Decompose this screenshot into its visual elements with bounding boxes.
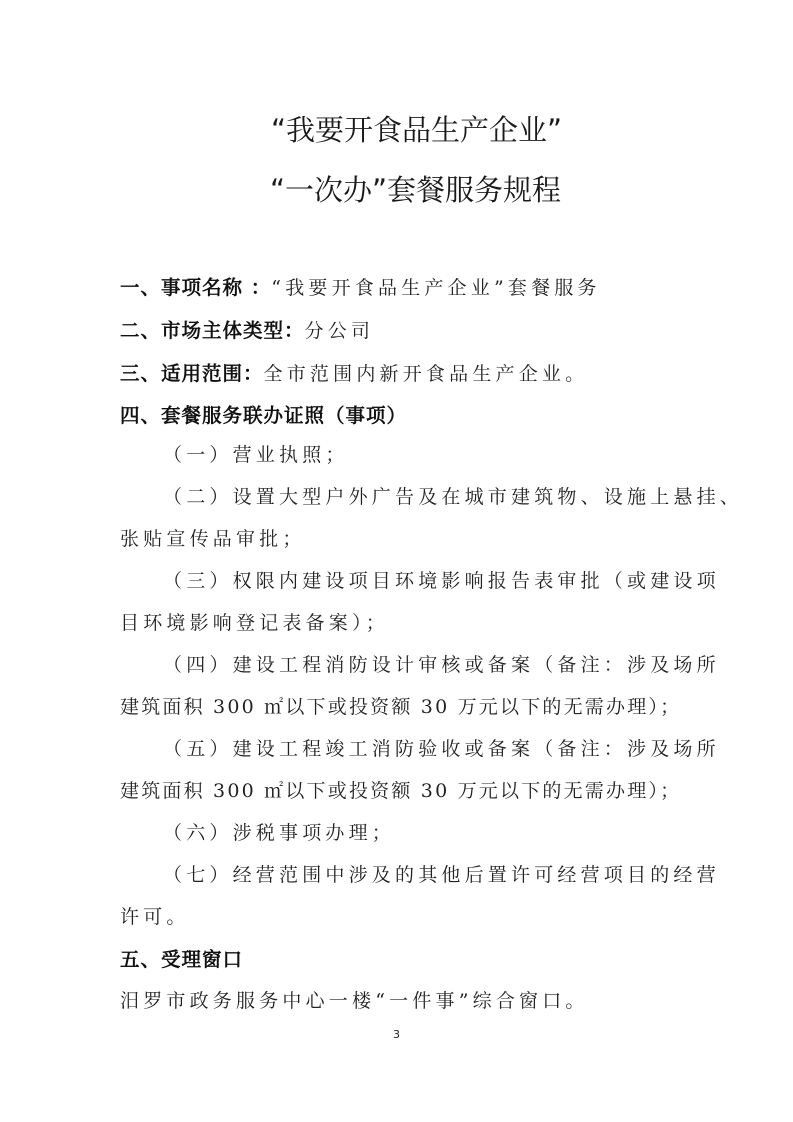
document-title-line-2: “一次办”套餐服务规程 [270,168,561,209]
list-item-3-line-1: （三）权限内建设项目环境影响报告表审批（或建设项 [163,566,720,593]
section-heading: 二、市场主体类型： [120,319,305,342]
list-item-1: （一）营业执照； [163,440,349,467]
section-heading-window: 五、受理窗口 [120,944,243,972]
section-text: “我要开食品生产企业”套餐服务 [271,277,600,299]
section-heading-licenses: 四、套餐服务联办证照（事项） [120,400,407,428]
list-item-4-line-2: 建筑面积 300 ㎡以下或投资额 30 万元以下的无需办理）； [120,692,681,719]
section-text-window: 汨罗市政务服务中心一楼“一件事”综合窗口。 [120,986,589,1013]
section-entity-type: 二、市场主体类型：分公司 [120,315,374,343]
list-item-5-line-1: （五）建设工程竣工消防验收或备案（备注：涉及场所 [163,734,720,761]
section-scope: 三、适用范围：全市范围内新开食品生产企业。 [120,358,588,386]
list-item-2-line-2: 张贴宣传品审批； [120,524,306,551]
page-number: 3 [0,1028,793,1041]
list-item-3-line-2: 目环境影响登记表备案）； [120,608,389,635]
list-item-7-line-1: （七）经营范围中涉及的其他后置许可经营项目的经营 [163,860,720,887]
list-item-4-line-1: （四）建设工程消防设计审核或备案（备注：涉及场所 [163,650,720,677]
section-item-name: 一、事项名称 ：“我要开食品生产企业”套餐服务 [120,272,601,300]
section-text: 全市范围内新开食品生产企业。 [264,363,589,385]
section-heading: 一、事项名称 ： [120,276,271,299]
list-item-7-line-2: 许可。 [120,902,190,929]
document-title-line-1: “我要开食品生产企业” [0,108,793,149]
list-item-6: （六）涉税事项办理； [163,818,395,845]
list-item-5-line-2: 建筑面积 300 ㎡以下或投资额 30 万元以下的无需办理）； [120,776,681,803]
section-heading: 三、适用范围： [120,362,264,385]
section-text: 分公司 [305,320,375,342]
document-page: “我要开食品生产企业” “一次办”套餐服务规程 一、事项名称 ：“我要开食品生产… [0,0,793,1122]
list-item-2-line-1: （二）设置大型户外广告及在城市建筑物、设施上悬挂、 [163,482,743,509]
